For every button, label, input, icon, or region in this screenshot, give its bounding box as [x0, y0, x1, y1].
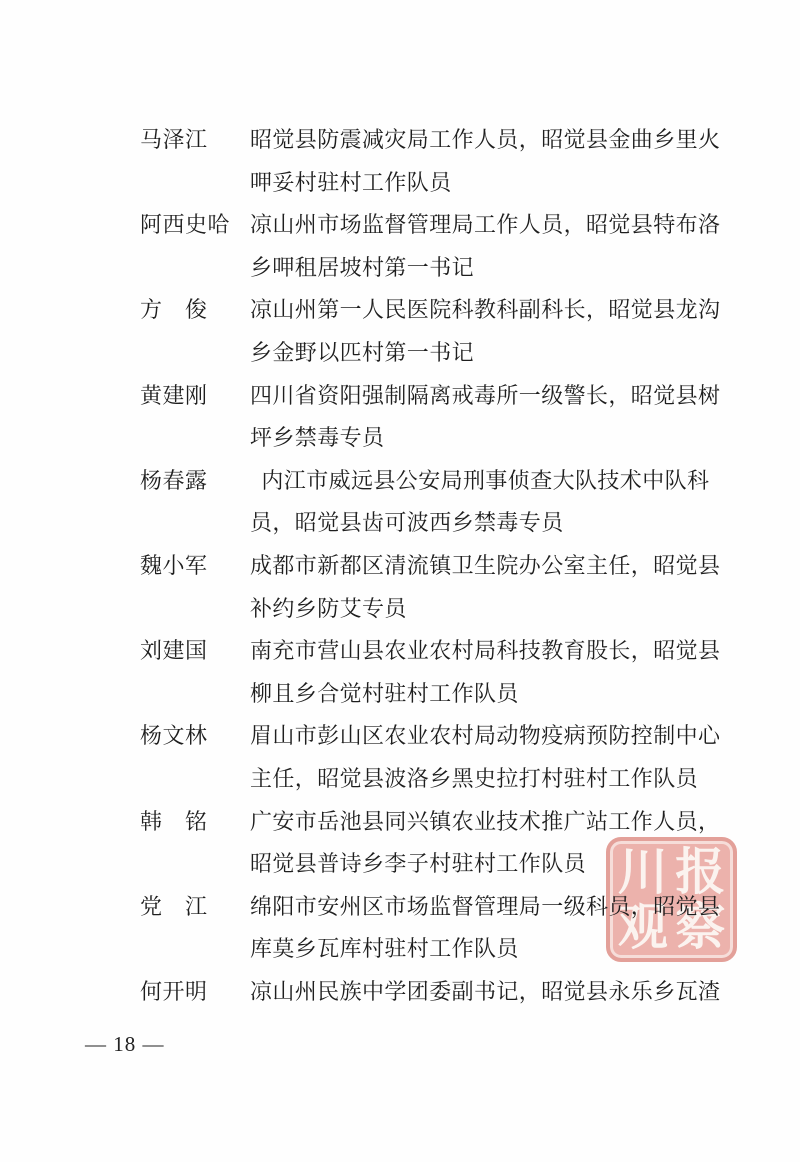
description-line: 库莫乡瓦库村驻村工作队员 — [250, 928, 760, 971]
list-item: 杨文林 眉山市彭山区农业农村局动物疫病预防控制中心主任，昭觉县波洛乡黑史拉打村驻… — [140, 715, 760, 800]
list-item: 党 江 绵阳市安州区市场监督管理局一级科员，昭觉县库莫乡瓦库村驻村工作队员 — [140, 886, 760, 971]
person-name: 魏小军 — [140, 545, 250, 588]
person-description: 眉山市彭山区农业农村局动物疫病预防控制中心主任，昭觉县波洛乡黑史拉打村驻村工作队… — [250, 715, 760, 800]
person-name: 黄建刚 — [140, 375, 250, 418]
page-number: — 18 — — [85, 1032, 165, 1057]
description-line: 凉山州第一人民医院科教科副科长，昭觉县龙沟 — [250, 289, 760, 332]
list-item: 韩 铭 广安市岳池县同兴镇农业技术推广站工作人员，昭觉县普诗乡李子村驻村工作队员 — [140, 801, 760, 886]
description-line: 绵阳市安州区市场监督管理局一级科员，昭觉县 — [250, 886, 760, 929]
description-line: 主任，昭觉县波洛乡黑史拉打村驻村工作队员 — [250, 758, 760, 801]
person-description: 内江市威远县公安局刑事侦查大队技术中队科员，昭觉县齿可波西乡禁毒专员 — [250, 460, 760, 545]
list-item: 马泽江 昭觉县防震减灾局工作人员，昭觉县金曲乡里火呷妥村驻村工作队员 — [140, 119, 760, 204]
person-description: 凉山州第一人民医院科教科副科长，昭觉县龙沟乡金野以匹村第一书记 — [250, 289, 760, 374]
person-name: 杨文林 — [140, 715, 250, 758]
description-line: 乡金野以匹村第一书记 — [250, 332, 760, 375]
person-description: 绵阳市安州区市场监督管理局一级科员，昭觉县库莫乡瓦库村驻村工作队员 — [250, 886, 760, 971]
person-name: 何开明 — [140, 971, 250, 1014]
person-name: 方 俊 — [140, 289, 250, 332]
description-line: 坪乡禁毒专员 — [250, 417, 760, 460]
description-line: 柳且乡合觉村驻村工作队员 — [250, 673, 760, 716]
description-line: 四川省资阳强制隔离戒毒所一级警长，昭觉县树 — [250, 375, 760, 418]
description-line: 补约乡防艾专员 — [250, 588, 760, 631]
person-name: 韩 铭 — [140, 801, 250, 844]
list-item: 黄建刚 四川省资阳强制隔离戒毒所一级警长，昭觉县树坪乡禁毒专员 — [140, 375, 760, 460]
description-line: 成都市新都区清流镇卫生院办公室主任，昭觉县 — [250, 545, 760, 588]
description-line: 昭觉县普诗乡李子村驻村工作队员 — [250, 843, 760, 886]
list-item: 刘建国 南充市营山县农业农村局科技教育股长，昭觉县柳且乡合觉村驻村工作队员 — [140, 630, 760, 715]
person-description: 成都市新都区清流镇卫生院办公室主任，昭觉县补约乡防艾专员 — [250, 545, 760, 630]
person-name: 刘建国 — [140, 630, 250, 673]
description-line: 员，昭觉县齿可波西乡禁毒专员 — [250, 502, 760, 545]
person-description: 昭觉县防震减灾局工作人员，昭觉县金曲乡里火呷妥村驻村工作队员 — [250, 119, 760, 204]
list-item: 杨春露 内江市威远县公安局刑事侦查大队技术中队科员，昭觉县齿可波西乡禁毒专员 — [140, 460, 760, 545]
list-item: 方 俊 凉山州第一人民医院科教科副科长，昭觉县龙沟乡金野以匹村第一书记 — [140, 289, 760, 374]
person-name: 马泽江 — [140, 119, 250, 162]
description-line: 乡呷租居坡村第一书记 — [250, 247, 760, 290]
person-description: 南充市营山县农业农村局科技教育股长，昭觉县柳且乡合觉村驻村工作队员 — [250, 630, 760, 715]
description-line: 凉山州市场监督管理局工作人员，昭觉县特布洛 — [250, 204, 760, 247]
description-line: 呷妥村驻村工作队员 — [250, 162, 760, 205]
description-line: 昭觉县防震减灾局工作人员，昭觉县金曲乡里火 — [250, 119, 760, 162]
description-line: 凉山州民族中学团委副书记，昭觉县永乐乡瓦渣 — [250, 971, 760, 1014]
description-line: 广安市岳池县同兴镇农业技术推广站工作人员， — [250, 801, 760, 844]
person-description: 凉山州市场监督管理局工作人员，昭觉县特布洛乡呷租居坡村第一书记 — [250, 204, 760, 289]
document-page: 川 报 观 察 马泽江 昭觉县防震减灾局工作人员，昭觉县金曲乡里火呷妥村驻村工作… — [0, 0, 800, 1162]
person-name: 党 江 — [140, 886, 250, 929]
person-description: 凉山州民族中学团委副书记，昭觉县永乐乡瓦渣 — [250, 971, 760, 1014]
person-description: 广安市岳池县同兴镇农业技术推广站工作人员，昭觉县普诗乡李子村驻村工作队员 — [250, 801, 760, 886]
person-description: 四川省资阳强制隔离戒毒所一级警长，昭觉县树坪乡禁毒专员 — [250, 375, 760, 460]
list-item: 阿西史哈 凉山州市场监督管理局工作人员，昭觉县特布洛乡呷租居坡村第一书记 — [140, 204, 760, 289]
description-line: 内江市威远县公安局刑事侦查大队技术中队科 — [250, 460, 760, 503]
person-name: 阿西史哈 — [140, 204, 250, 247]
description-line: 南充市营山县农业农村局科技教育股长，昭觉县 — [250, 630, 760, 673]
list-item: 魏小军 成都市新都区清流镇卫生院办公室主任，昭觉县补约乡防艾专员 — [140, 545, 760, 630]
list-item: 何开明 凉山州民族中学团委副书记，昭觉县永乐乡瓦渣 — [140, 971, 760, 1014]
description-line: 眉山市彭山区农业农村局动物疫病预防控制中心 — [250, 715, 760, 758]
personnel-roster-list: 马泽江 昭觉县防震减灾局工作人员，昭觉县金曲乡里火呷妥村驻村工作队员 阿西史哈 … — [140, 119, 760, 1013]
person-name: 杨春露 — [140, 460, 250, 503]
